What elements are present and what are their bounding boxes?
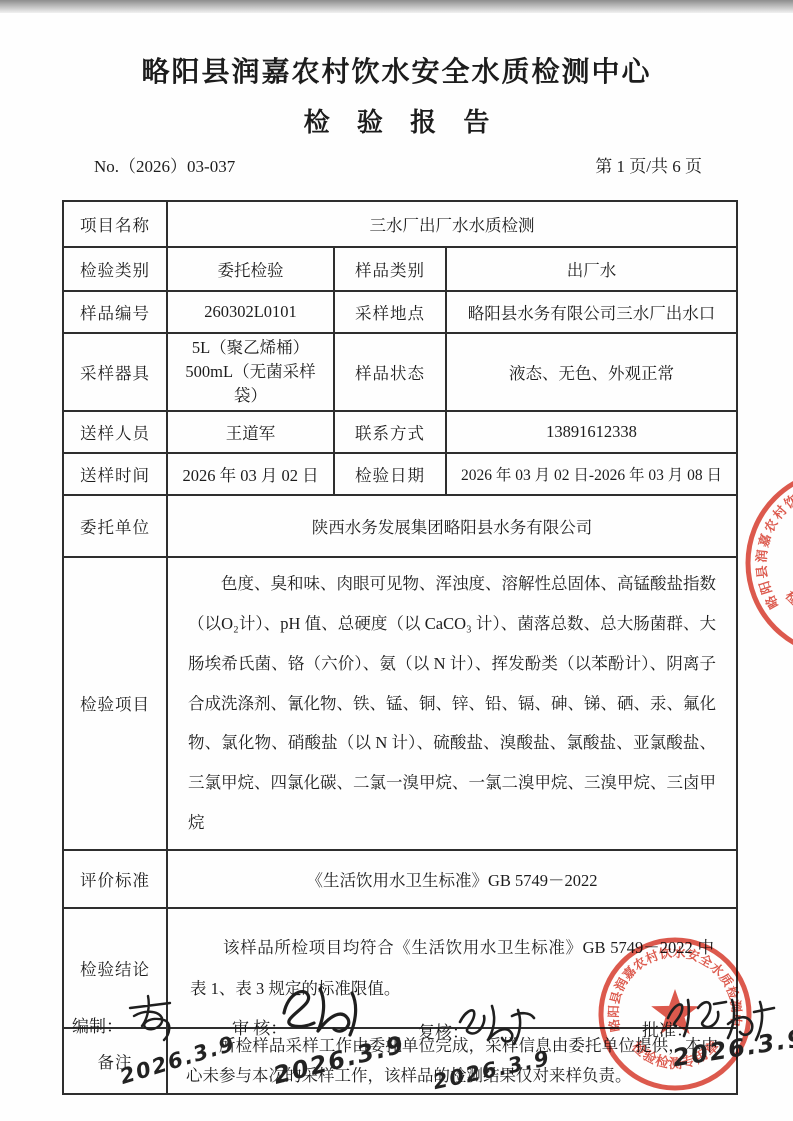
project-name-label: 项目名称	[63, 201, 167, 247]
sample-state-label: 样品状态	[334, 333, 446, 411]
sample-no-value: 260302L0101	[167, 291, 334, 333]
contact-value: 13891612338	[446, 411, 737, 453]
project-name-value: 三水厂出厂水水质检测	[167, 201, 737, 247]
sample-state-value: 液态、无色、外观正常	[446, 333, 737, 411]
prepared-signature-scribble	[120, 990, 198, 1045]
table-row: 检验项目 色度、臭和味、肉眼可见物、浑浊度、溶解性总固体、高锰酸盐指数（以O₂计…	[63, 557, 737, 850]
sampling-site-value: 略阳县水务有限公司三水厂出水口	[446, 291, 737, 333]
client-value: 陕西水务发展集团略阳县水务有限公司	[167, 495, 737, 557]
table-row: 送样时间 2026 年 03 月 02 日 检验日期 2026 年 03 月 0…	[63, 453, 737, 495]
sampling-tools-line2: 500mL（无菌采样袋）	[174, 360, 327, 408]
test-items-label: 检验项目	[63, 557, 167, 850]
scan-edge-shadow	[0, 0, 793, 13]
standard-value: 《生活饮用水卫生标准》GB 5749－2022	[167, 850, 737, 908]
sampling-tools-line1: 5L（聚乙烯桶）	[174, 336, 327, 360]
edge-seam-stamp: 略阳县润嘉农村饮水安全水质检测中心 检验检测专用章	[700, 458, 793, 668]
sample-type-label: 样品类别	[334, 247, 446, 291]
table-row: 送样人员 王道军 联系方式 13891612338	[63, 411, 737, 453]
sample-type-value: 出厂水	[446, 247, 737, 291]
standard-label: 评价标准	[63, 850, 167, 908]
table-row: 样品编号 260302L0101 采样地点 略阳县水务有限公司三水厂出水口	[63, 291, 737, 333]
test-date-label: 检验日期	[334, 453, 446, 495]
rechecked-signature-scribble	[452, 994, 542, 1048]
report-title: 检 验 报 告	[0, 102, 793, 139]
svg-text:检验检测专用章: 检验检测专用章	[782, 588, 793, 626]
test-items-text: 色度、臭和味、肉眼可见物、浑浊度、溶解性总固体、高锰酸盐指数（以O₂计）、pH …	[174, 560, 730, 847]
report-page: 略阳县润嘉农村饮水安全水质检测中心 检 验 报 告 No.（2026）03-03…	[0, 0, 793, 1121]
report-number: No.（2026）03-037	[94, 152, 235, 177]
table-row: 项目名称 三水厂出厂水水质检测	[63, 201, 737, 247]
sampling-site-label: 采样地点	[334, 291, 446, 333]
send-time-value: 2026 年 03 月 02 日	[167, 453, 334, 495]
sender-value: 王道军	[167, 411, 334, 453]
inspection-type-label: 检验类别	[63, 247, 167, 291]
test-items-value: 色度、臭和味、肉眼可见物、浑浊度、溶解性总固体、高锰酸盐指数（以O₂计）、pH …	[167, 557, 737, 850]
sampling-tools-label: 采样器具	[63, 333, 167, 411]
inspection-type-value: 委托检验	[167, 247, 334, 291]
page-indicator: 第 1 页/共 6 页	[595, 152, 702, 177]
contact-label: 联系方式	[334, 411, 446, 453]
reviewed-signature-scribble	[276, 983, 372, 1043]
test-date-value: 2026 年 03 月 02 日-2026 年 03 月 08 日	[446, 453, 737, 495]
sender-label: 送样人员	[63, 411, 167, 453]
table-row: 评价标准 《生活饮用水卫生标准》GB 5749－2022	[63, 850, 737, 908]
client-label: 委托单位	[63, 495, 167, 557]
report-meta-row: No.（2026）03-037 第 1 页/共 6 页	[94, 152, 702, 177]
table-row: 检验类别 委托检验 样品类别 出厂水	[63, 247, 737, 291]
sample-no-label: 样品编号	[63, 291, 167, 333]
prepared-label: 编制：	[72, 1012, 123, 1037]
organization-title: 略阳县润嘉农村饮水安全水质检测中心	[0, 50, 793, 90]
table-row: 采样器具 5L（聚乙烯桶） 500mL（无菌采样袋） 样品状态 液态、无色、外观…	[63, 333, 737, 411]
send-time-label: 送样时间	[63, 453, 167, 495]
edge-seal-bottom-text: 检验检测专用章	[782, 588, 793, 626]
table-row: 委托单位 陕西水务发展集团略阳县水务有限公司	[63, 495, 737, 557]
sampling-tools-value: 5L（聚乙烯桶） 500mL（无菌采样袋）	[167, 333, 334, 411]
